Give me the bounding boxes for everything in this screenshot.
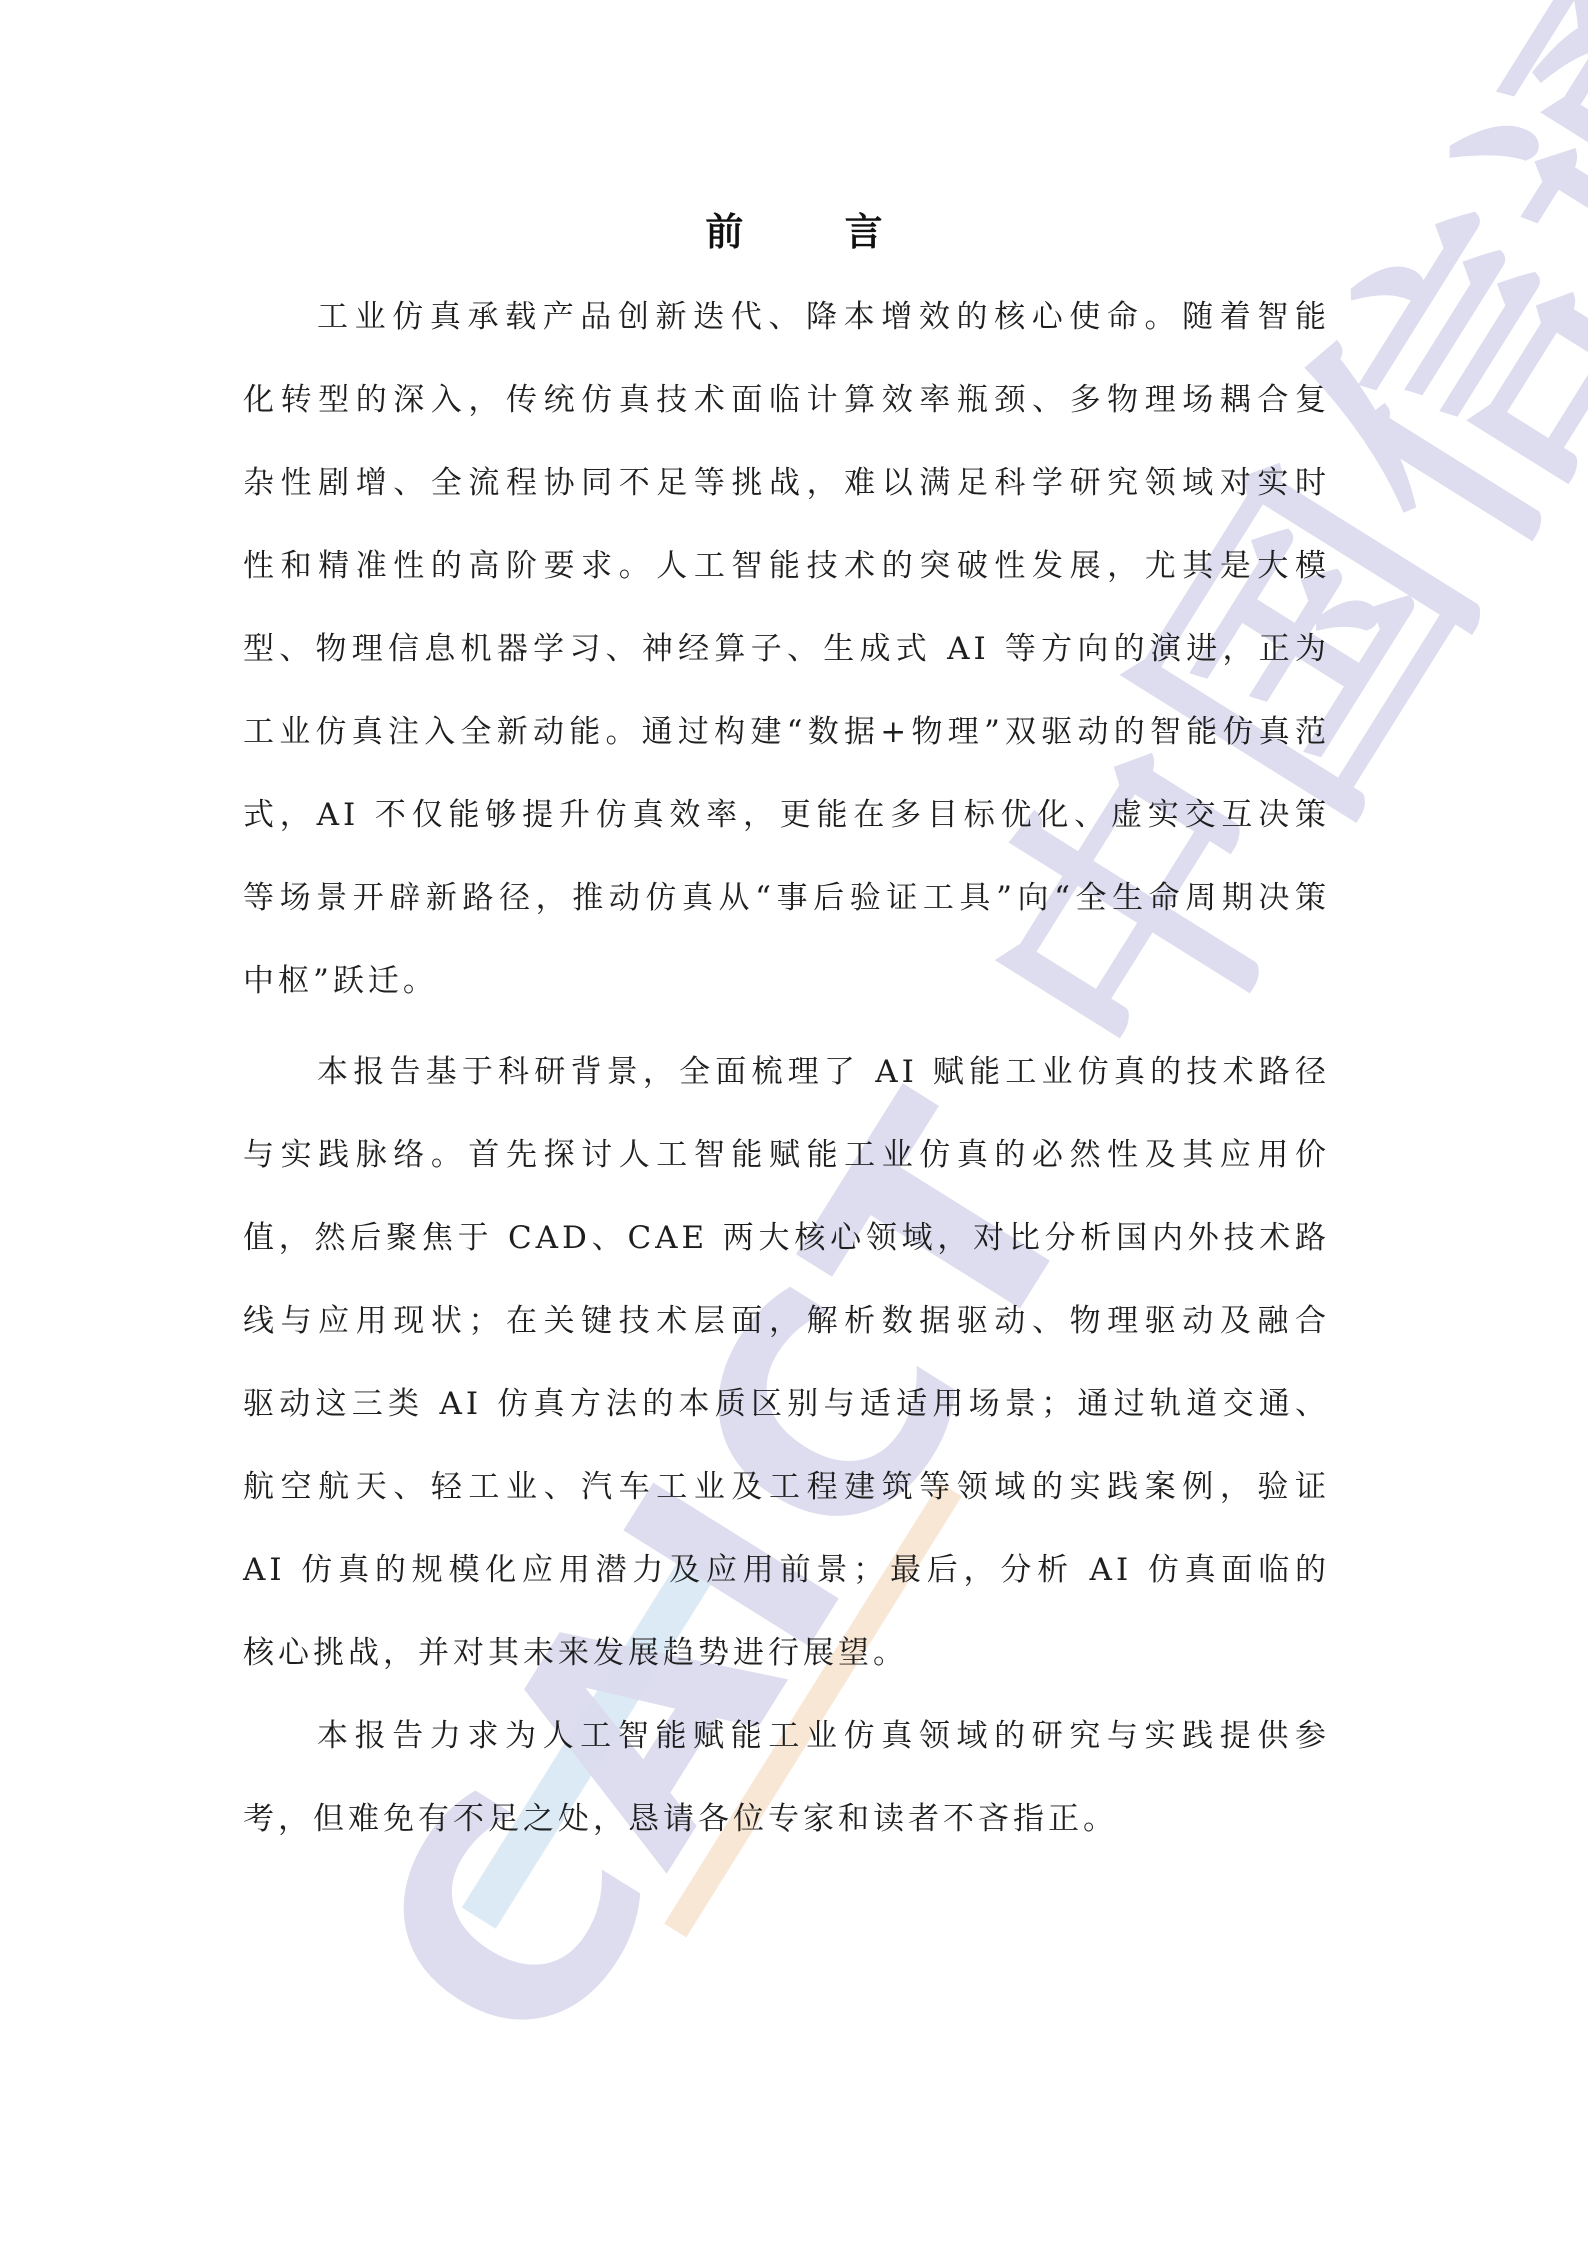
page-title: 前 言 bbox=[0, 207, 1588, 257]
paragraph-1: 工业仿真承载产品创新迭代、降本增效的核心使命。随着智能 化转型的深入，传统仿真技… bbox=[243, 276, 1330, 1023]
text-line: 线与应用现状；在关键技术层面，解析数据驱动、物理驱动及融合 bbox=[243, 1280, 1330, 1363]
text-line: 等场景开辟新路径，推动仿真从“事后验证工具”向“全生命周期决策 bbox=[243, 857, 1330, 940]
text-line: 式，AI 不仅能够提升仿真效率，更能在多目标优化、虚实交互决策 bbox=[243, 774, 1330, 857]
text-line: 化转型的深入，传统仿真技术面临计算效率瓶颈、多物理场耦合复 bbox=[243, 359, 1330, 442]
paragraph-3: 本报告力求为人工智能赋能工业仿真领域的研究与实践提供参 考，但难免有不足之处，恳… bbox=[243, 1695, 1330, 1861]
text-line: 工业仿真注入全新动能。通过构建“数据+物理”双驱动的智能仿真范 bbox=[243, 691, 1330, 774]
text-line: 与实践脉络。首先探讨人工智能赋能工业仿真的必然性及其应用价 bbox=[243, 1114, 1330, 1197]
text-line: 考，但难免有不足之处，恳请各位专家和读者不吝指正。 bbox=[243, 1778, 1330, 1861]
page-content: 前 言 工业仿真承载产品创新迭代、降本增效的核心使命。随着智能 化转型的深入，传… bbox=[0, 0, 1588, 2245]
paragraph-2: 本报告基于科研背景，全面梳理了 AI 赋能工业仿真的技术路径 与实践脉络。首先探… bbox=[243, 1031, 1330, 1695]
text-line: 驱动这三类 AI 仿真方法的本质区别与适适用场景；通过轨道交通、 bbox=[243, 1363, 1330, 1446]
document-page: CAICT 中国信通院 前 言 工业仿真承载产品创新迭代、降本增效的核心使命。随… bbox=[0, 0, 1588, 2245]
text-line: 航空航天、轻工业、汽车工业及工程建筑等领域的实践案例，验证 bbox=[243, 1446, 1330, 1529]
text-line: 杂性剧增、全流程协同不足等挑战，难以满足科学研究领域对实时 bbox=[243, 442, 1330, 525]
text-line: 核心挑战，并对其未来发展趋势进行展望。 bbox=[243, 1612, 1330, 1695]
text-line: 值，然后聚焦于 CAD、CAE 两大核心领域，对比分析国内外技术路 bbox=[243, 1197, 1330, 1280]
text-line: 本报告力求为人工智能赋能工业仿真领域的研究与实践提供参 bbox=[243, 1695, 1330, 1778]
text-line: 型、物理信息机器学习、神经算子、生成式 AI 等方向的演进，正为 bbox=[243, 608, 1330, 691]
text-line: AI 仿真的规模化应用潜力及应用前景；最后，分析 AI 仿真面临的 bbox=[243, 1529, 1330, 1612]
text-line: 性和精准性的高阶要求。人工智能技术的突破性发展，尤其是大模 bbox=[243, 525, 1330, 608]
text-line: 中枢”跃迁。 bbox=[243, 940, 1330, 1023]
text-line: 本报告基于科研背景，全面梳理了 AI 赋能工业仿真的技术路径 bbox=[243, 1031, 1330, 1114]
text-line: 工业仿真承载产品创新迭代、降本增效的核心使命。随着智能 bbox=[243, 276, 1330, 359]
